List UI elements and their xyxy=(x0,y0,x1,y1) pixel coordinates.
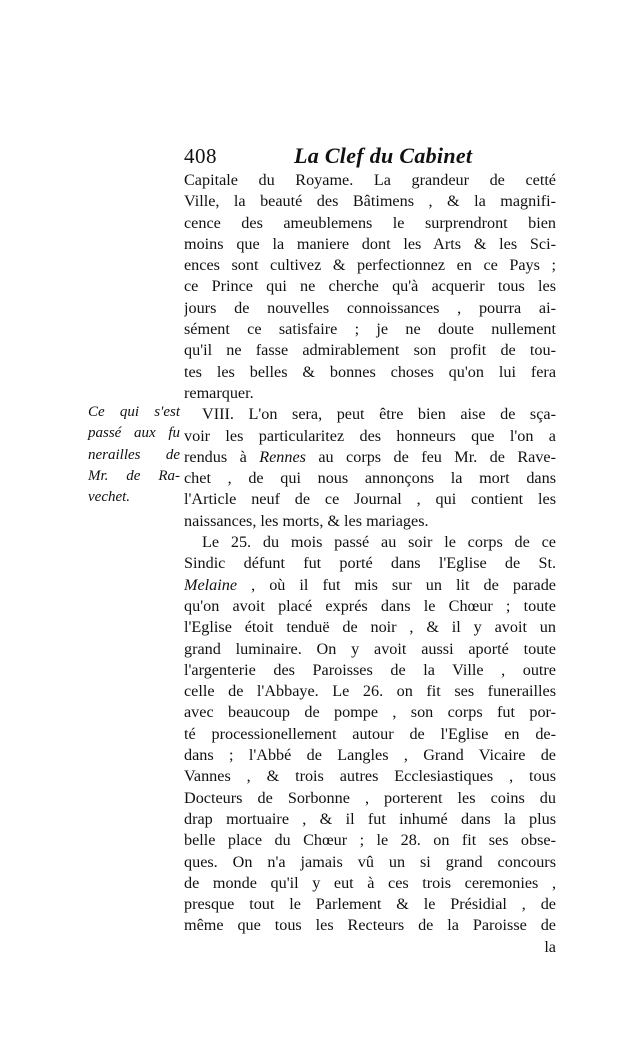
text-line: drap mortuaire , & il fut inhumé dans la… xyxy=(184,809,556,830)
text-line: chet , de qui nous annonçons la mort dan… xyxy=(184,468,556,489)
margin-note-line: Ce qui s'est xyxy=(88,402,180,423)
text-line: Sindic défunt fut porté dans l'Eglise de… xyxy=(184,553,556,574)
text-line: grand luminaire. On y avoit aussi aporté… xyxy=(184,639,556,660)
text-line: jours de nouvelles connoissances , pourr… xyxy=(184,298,556,319)
text-line: l'argenterie des Paroisses de la Ville ,… xyxy=(184,660,556,681)
margin-note-line: passé aux fu xyxy=(88,423,180,444)
margin-note-line: vechet. xyxy=(88,487,180,508)
text-line: l'Eglise étoit tenduë de noir , & il y a… xyxy=(184,617,556,638)
text-line: ce Prince qui ne cherche qu'à acquerir t… xyxy=(184,276,556,297)
text-line: sément ce satisfaire ; je ne doute nulle… xyxy=(184,319,556,340)
text-line: Vannes , & trois autres Ecclesiastiques … xyxy=(184,766,556,787)
margin-note-line: Mr. de Ra- xyxy=(88,466,180,487)
book-page: 408 La Clef du Cabinet Ce qui s'est pass… xyxy=(0,0,640,1043)
page-header: 408 La Clef du Cabinet xyxy=(184,144,560,170)
text-line: ences sont cultivez & perfectionnez en c… xyxy=(184,255,556,276)
page-number: 408 xyxy=(184,144,217,169)
text-line: celle de l'Abbaye. Le 26. on fit ses fun… xyxy=(184,681,556,702)
text-line: ques. On n'a jamais vû un si grand conco… xyxy=(184,852,556,873)
text-line: qu'on avoit placé exprés dans le Chœur ;… xyxy=(184,596,556,617)
text-line: de monde qu'il y eut à ces trois ceremon… xyxy=(184,873,556,894)
margin-note: Ce qui s'est passé aux fu nerailles de M… xyxy=(88,402,180,508)
margin-note-line: nerailles de xyxy=(88,445,180,466)
text-line: naissances, les morts, & les mariages. xyxy=(184,511,556,532)
text-fragment: , où il fut mis sur un lit de parade xyxy=(237,576,556,594)
text-line: Ville, la beauté des Bâtimens , & la mag… xyxy=(184,191,556,212)
text-line: qu'il ne fasse admirablement son profit … xyxy=(184,340,556,361)
text-fragment: au corps de feu Mr. de Rave- xyxy=(306,448,556,466)
text-line: belle place du Chœur ; le 28. on fit ses… xyxy=(184,830,556,851)
text-fragment: rendus à xyxy=(184,448,259,466)
text-line: remarquer. xyxy=(184,383,556,404)
text-line: Capitale du Royame. La grandeur de cetté xyxy=(184,170,556,191)
text-line: cence des ameublemens le surprendront bi… xyxy=(184,213,556,234)
text-line: voir les particularitez des honneurs que… xyxy=(184,426,556,447)
text-line: Melaine , où il fut mis sur un lit de pa… xyxy=(184,575,556,596)
text-line: Docteurs de Sorbonne , porterent les coi… xyxy=(184,788,556,809)
text-line: Le 25. du mois passé au soir le corps de… xyxy=(184,532,556,553)
text-line: moins que la maniere dont les Arts & les… xyxy=(184,234,556,255)
text-line: rendus à Rennes au corps de feu Mr. de R… xyxy=(184,447,556,468)
place-name-italic: Rennes xyxy=(259,448,306,466)
text-line: dans ; l'Abbé de Langles , Grand Vicaire… xyxy=(184,745,556,766)
body-text: Capitale du Royame. La grandeur de cetté… xyxy=(184,170,556,958)
text-line: avec beaucoup de pompe , son corps fut p… xyxy=(184,702,556,723)
catchword: la xyxy=(184,937,556,958)
text-line: l'Article neuf de ce Journal , qui conti… xyxy=(184,489,556,510)
text-line: même que tous les Recteurs de la Paroiss… xyxy=(184,915,556,936)
place-name-italic: Melaine xyxy=(184,576,237,594)
text-line: presque tout le Parlement & le Présidial… xyxy=(184,894,556,915)
running-title: La Clef du Cabinet xyxy=(294,143,472,169)
text-line: VIII. L'on sera, peut être bien aise de … xyxy=(184,404,556,425)
text-line: tes les belles & bonnes choses qu'on lui… xyxy=(184,362,556,383)
text-line: té processionellement autour de l'Eglise… xyxy=(184,724,556,745)
